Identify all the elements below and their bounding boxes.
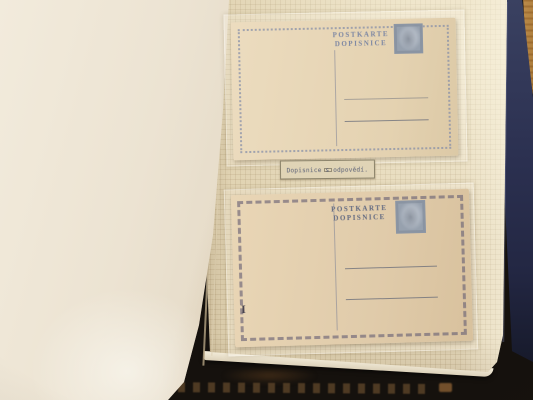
desk-speck — [439, 383, 452, 392]
desk-shadow-object — [222, 367, 317, 384]
portrait-stamp-icon — [394, 23, 424, 54]
left-album-page — [0, 0, 232, 400]
card-heading-line2: DOPISNICE — [322, 39, 400, 50]
typed-label-text: Dopisnice s odpovědí. — [287, 166, 369, 174]
card-heading: POSTKARTE DOPISNICE — [320, 204, 398, 224]
stamp-portrait-profile — [401, 29, 416, 49]
card-control-numeral: I — [241, 302, 246, 317]
postal-card-bottom: POSTKARTE DOPISNICE I — [231, 189, 473, 348]
typed-label-slip: Dopisnice s odpovědí. — [280, 160, 375, 180]
card-heading: POSTKARTE DOPISNICE — [322, 30, 400, 50]
desk-dashed-strip — [148, 382, 433, 394]
portrait-stamp-icon — [395, 200, 426, 234]
photo-of-open-stamp-album: POSTKARTE DOPISNICE Dopisnice s odpovědí… — [0, 0, 533, 400]
stamp-portrait-profile — [402, 206, 418, 228]
typed-label-box: Dopisnice s odpovědí. — [323, 167, 331, 171]
postal-card-top: POSTKARTE DOPISNICE — [231, 18, 459, 161]
